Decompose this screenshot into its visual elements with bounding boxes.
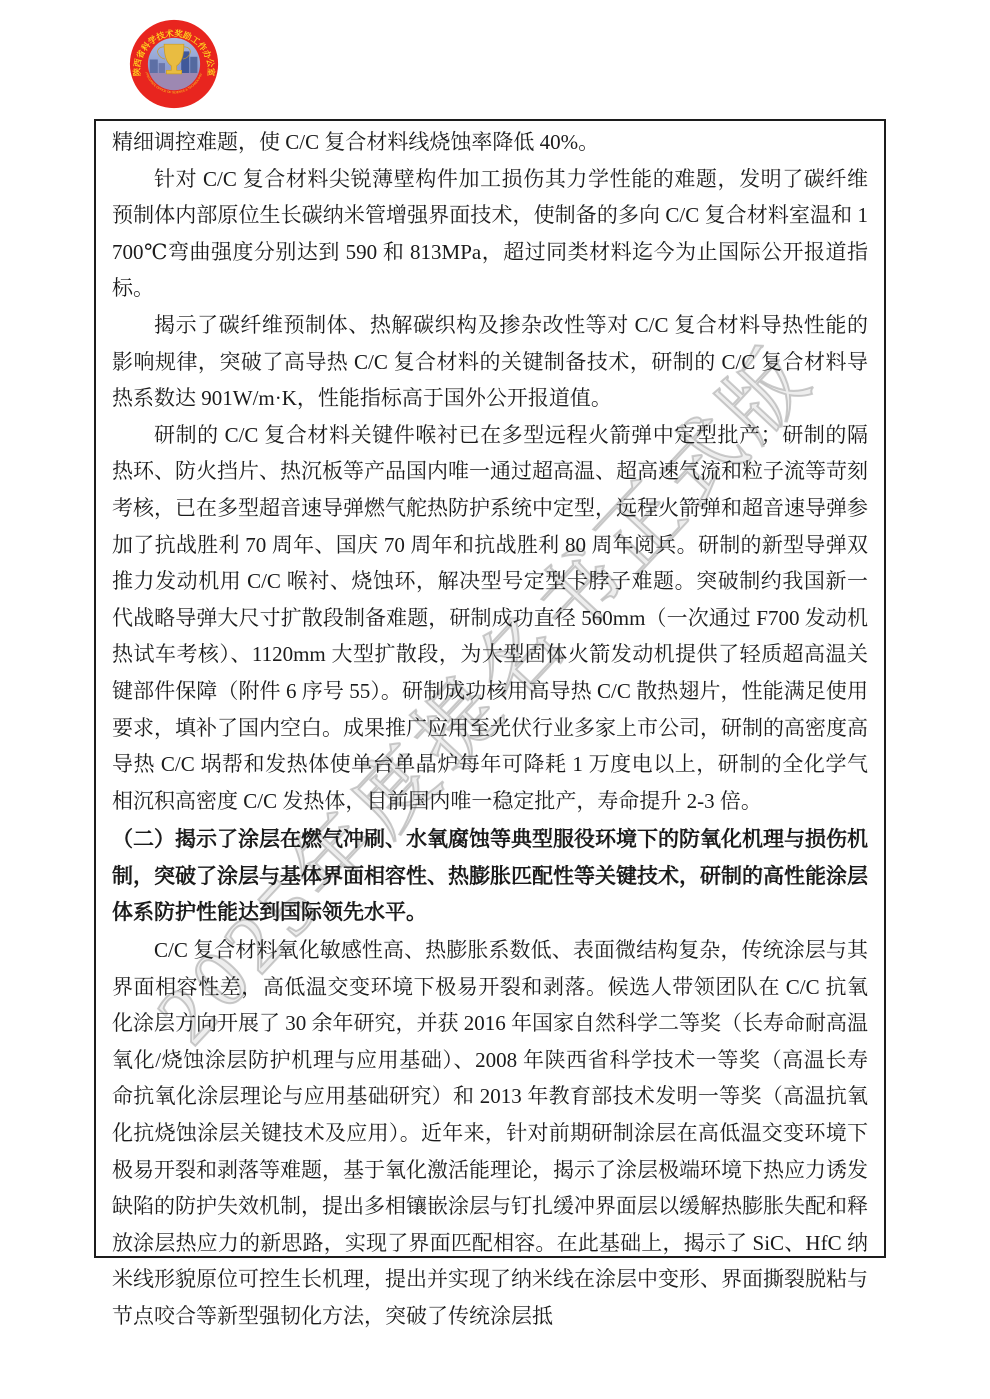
section-heading: （二）揭示了涂层在燃气冲刷、水氧腐蚀等典型服役环境下的防氧化机理与损伤机制，突破… xyxy=(112,822,868,932)
body-paragraph: 精细调控难题，使 C/C 复合材料线烧蚀率降低 40%。 xyxy=(112,124,868,161)
content-border-box: 精细调控难题，使 C/C 复合材料线烧蚀率降低 40%。针对 C/C 复合材料尖… xyxy=(94,119,886,1258)
seal-graphic: 陕西省科学技术奖励工作办公室 SHAANXI PROVINCE OFFICE O… xyxy=(129,19,219,109)
agency-seal-logo: 陕西省科学技术奖励工作办公室 SHAANXI PROVINCE OFFICE O… xyxy=(129,19,219,109)
document-page: 陕西省科学技术奖励工作办公室 SHAANXI PROVINCE OFFICE O… xyxy=(0,0,990,1399)
body-paragraph: C/C 复合材料氧化敏感性高、热膨胀系数低、表面微结构复杂，传统涂层与其界面相容… xyxy=(112,932,868,1335)
body-paragraph: 揭示了碳纤维预制体、热解碳织构及掺杂改性等对 C/C 复合材料导热性能的影响规律… xyxy=(112,307,868,417)
body-paragraph: 研制的 C/C 复合材料关键件喉衬已在多型远程火箭弹中定型批产；研制的隔热环、防… xyxy=(112,417,868,820)
paragraphs-container: 精细调控难题，使 C/C 复合材料线烧蚀率降低 40%。针对 C/C 复合材料尖… xyxy=(112,124,868,1335)
body-paragraph: 针对 C/C 复合材料尖锐薄壁构件加工损伤其力学性能的难题，发明了碳纤维预制体内… xyxy=(112,161,868,307)
